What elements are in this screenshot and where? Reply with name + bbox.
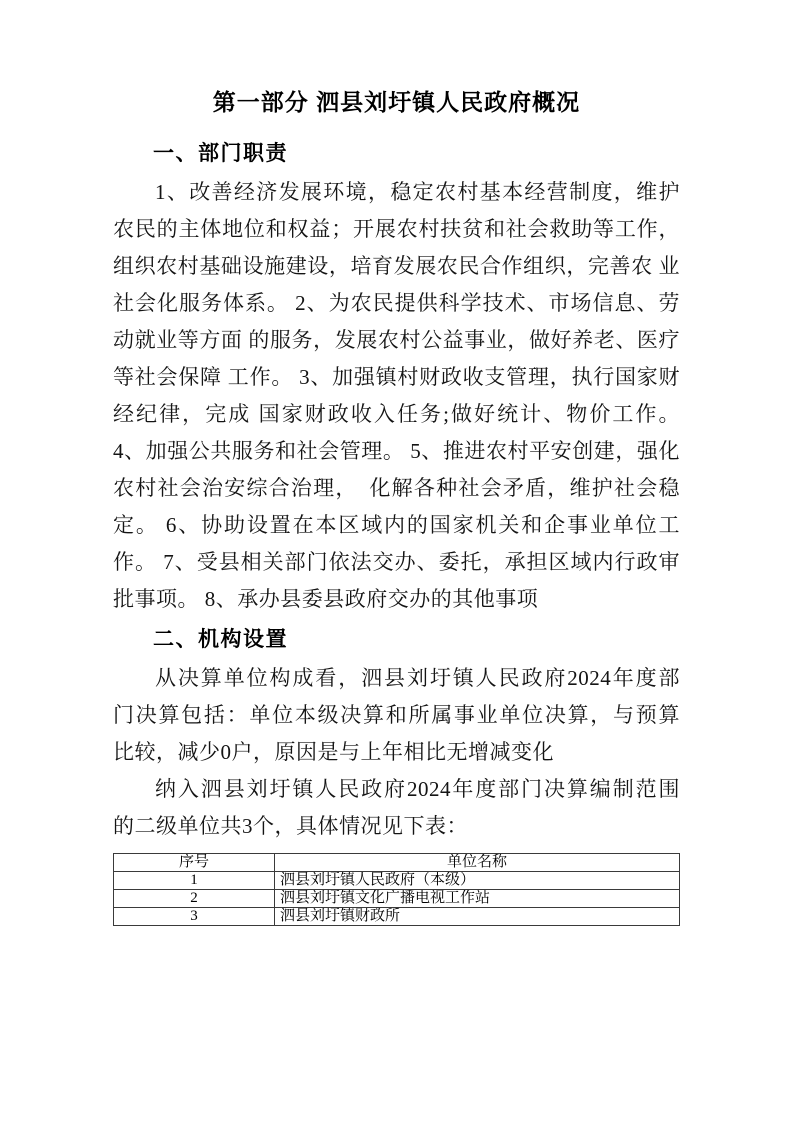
table-row: 1 泗县刘圩镇人民政府（本级）: [114, 872, 680, 890]
document-title: 第一部分 泗县刘圩镇人民政府概况: [113, 88, 680, 116]
text-line: 农民的主体地位和权益；开展农村扶贫和社会救助等工作，: [113, 211, 680, 248]
section1-heading: 一、部门职责: [153, 140, 680, 168]
text-line: 比较，减少0户，原因是与上年相比无增减变化: [113, 734, 680, 771]
row-seq: 1: [114, 872, 275, 890]
table-header-row: 序号 单位名称: [114, 854, 680, 872]
text-line: 等社会保障 工作。 3、加强镇村财政收支管理，执行国家财: [113, 359, 680, 396]
table-row: 3 泗县刘圩镇财政所: [114, 908, 680, 926]
text-line: 批事项。 8、承办县委县政府交办的其他事项: [113, 581, 680, 618]
text-line: 定。 6、协助设置在本区域内的国家机关和企事业单位工: [113, 507, 680, 544]
unit-name: 泗县刘圩镇文化广播电视工作站: [275, 890, 680, 908]
text-line: 1、改善经济发展环境，稳定农村基本经营制度，维护: [113, 174, 680, 211]
section2-body: 从决算单位构成看，泗县刘圩镇人民政府2024年度部 门决算包括：单位本级决算和所…: [113, 660, 680, 845]
table-row: 2 泗县刘圩镇文化广播电视工作站: [114, 890, 680, 908]
table-header-unit-name: 单位名称: [275, 854, 680, 872]
text-line: 经纪律，完成 国家财政收入任务;做好统计、物价工作。: [113, 396, 680, 433]
text-line: 从决算单位构成看，泗县刘圩镇人民政府2024年度部: [113, 660, 680, 697]
document-page: 第一部分 泗县刘圩镇人民政府概况 一、部门职责 1、改善经济发展环境，稳定农村基…: [0, 0, 793, 1122]
text-line: 4、加强公共服务和社会管理。 5、推进农村平安创建，强化: [113, 433, 680, 470]
row-seq: 2: [114, 890, 275, 908]
text-line: 门决算包括：单位本级决算和所属事业单位决算，与预算: [113, 697, 680, 734]
units-table: 序号 单位名称 1 泗县刘圩镇人民政府（本级） 2 泗县刘圩镇文化广播电视工作站…: [113, 853, 680, 926]
section2-heading: 二、机构设置: [153, 626, 680, 654]
text-line: 的二级单位共3个，具体情况见下表：: [113, 808, 680, 845]
table-header-seq: 序号: [114, 854, 275, 872]
section1-body: 1、改善经济发展环境，稳定农村基本经营制度，维护 农民的主体地位和权益；开展农村…: [113, 174, 680, 618]
row-seq: 3: [114, 908, 275, 926]
text-line: 组织农村基础设施建设，培育发展农民合作组织，完善农 业: [113, 248, 680, 285]
text-line: 动就业等方面 的服务，发展农村公益事业，做好养老、医疗: [113, 322, 680, 359]
text-line: 农村社会治安综合治理， 化解各种社会矛盾，维护社会稳: [113, 470, 680, 507]
text-line: 纳入泗县刘圩镇人民政府2024年度部门决算编制范围: [113, 771, 680, 808]
unit-name: 泗县刘圩镇人民政府（本级）: [275, 872, 680, 890]
unit-name: 泗县刘圩镇财政所: [275, 908, 680, 926]
text-line: 社会化服务体系。 2、为农民提供科学技术、市场信息、劳: [113, 285, 680, 322]
text-line: 作。 7、受县相关部门依法交办、委托，承担区域内行政审: [113, 544, 680, 581]
